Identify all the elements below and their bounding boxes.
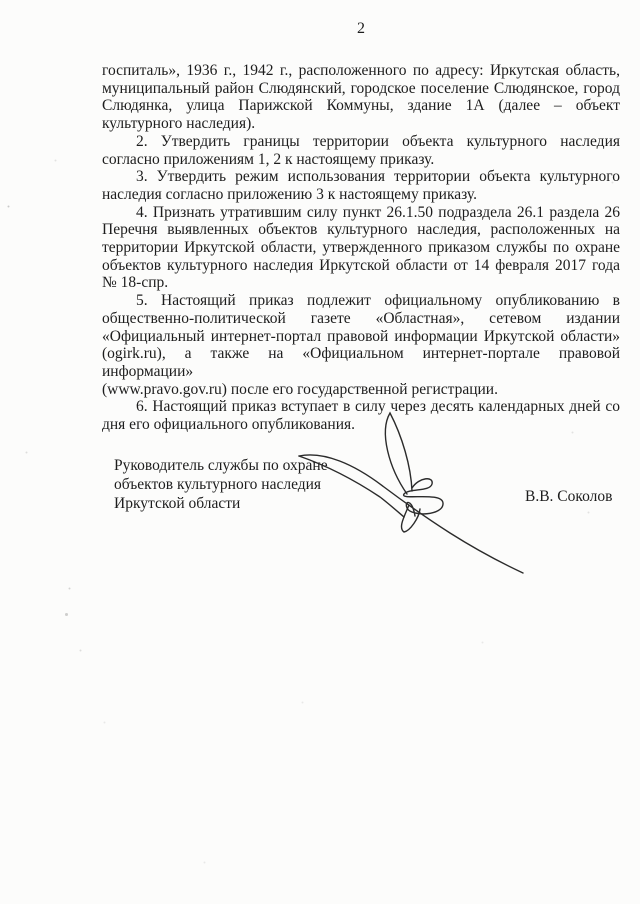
body-line: наследия согласно приложению 3 к настоящ…	[102, 186, 620, 204]
body-line: общественно-политической газете «Областн…	[102, 310, 620, 328]
document-body: госпиталь», 1936 г., 1942 г., расположен…	[102, 62, 620, 434]
body-line: (ogirk.ru), а также на «Официальном инте…	[102, 345, 620, 380]
body-line: территории Иркутской области, утвержденн…	[102, 239, 620, 257]
body-line: «Официальный интернет-портал правовой ин…	[102, 328, 620, 346]
body-line: согласно приложениям 1, 2 к настоящему п…	[102, 151, 620, 169]
body-line: муниципальный район Слюдянский, городско…	[102, 80, 620, 98]
body-line: культурного наследия).	[102, 115, 620, 133]
body-line: госпиталь», 1936 г., 1942 г., расположен…	[102, 62, 620, 80]
scan-noise	[0, 0, 1, 1]
body-line: № 18-спр.	[102, 274, 620, 292]
body-line: 5. Настоящий приказ подлежит официальном…	[102, 292, 620, 310]
body-line: (www.pravo.gov.ru) после его государстве…	[102, 381, 620, 399]
body-line: 4. Признать утратившим силу пункт 26.1.5…	[102, 204, 620, 222]
body-line: 6. Настоящий приказ вступает в силу чере…	[102, 398, 620, 416]
body-line: Перечня выявленных объектов культурного …	[102, 221, 620, 239]
body-line: Слюдянка, улица Парижской Коммуны, здани…	[102, 97, 620, 115]
document-page: 2 госпиталь», 1936 г., 1942 г., располож…	[0, 0, 640, 904]
body-line: 2. Утвердить границы территории объекта …	[102, 133, 620, 151]
body-line: объектов культурного наследия Иркутской …	[102, 257, 620, 275]
page-number: 2	[102, 20, 620, 38]
signatory-name: В.В. Соколов	[525, 487, 612, 506]
signatory-title-line: Руководитель службы по охране	[114, 456, 620, 475]
body-line: 3. Утвердить режим использования террито…	[102, 168, 620, 186]
body-line: дня его официального опубликования.	[102, 416, 620, 434]
